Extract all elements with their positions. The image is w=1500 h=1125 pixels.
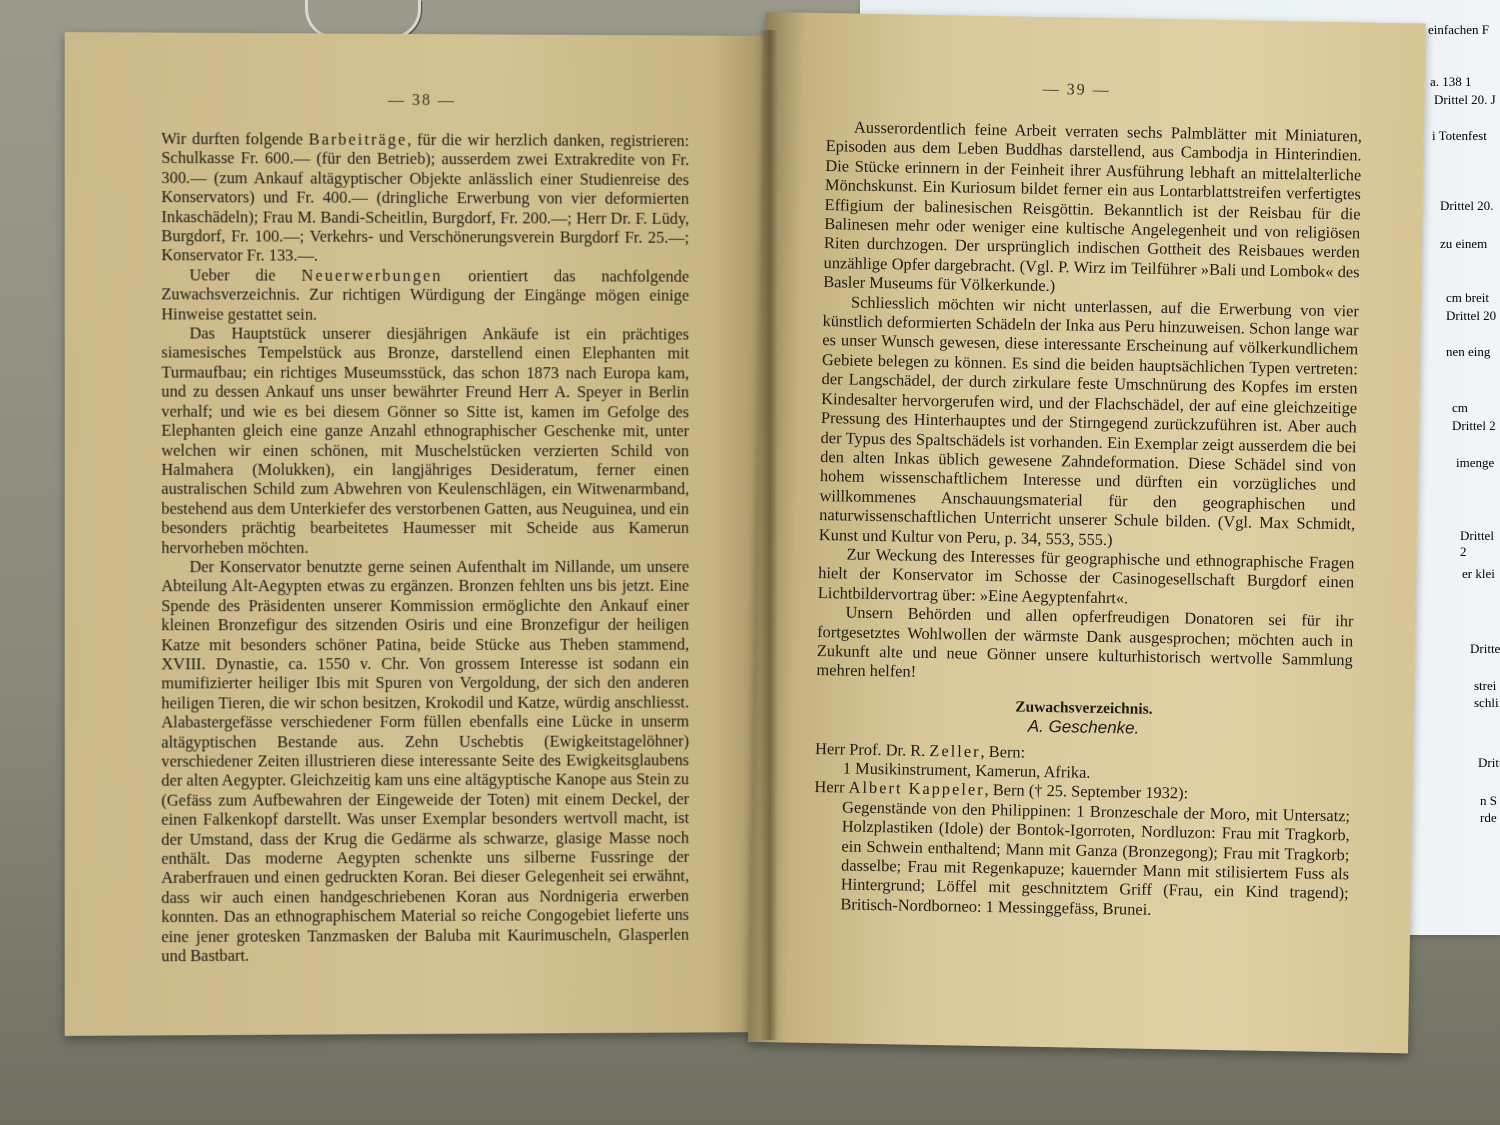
right-page-body: Ausserordentlich feine Arbeit verraten s… <box>812 117 1362 922</box>
background-sheet-line: cm breit <box>1446 290 1489 306</box>
background-sheet-line: imenge <box>1456 455 1494 471</box>
right-page: — 39 — Ausserordentlich feine Arbeit ver… <box>748 12 1426 1053</box>
paragraph: Schliesslich möchten wir nicht unterlass… <box>819 292 1359 554</box>
background-sheet-line: cm <box>1452 400 1468 416</box>
paragraph: Zur Weckung des Interesses für geographi… <box>818 544 1355 612</box>
background-sheet-line: zu einem <box>1440 236 1487 252</box>
paragraph: Der Konservator benutzte gerne seinen Au… <box>161 557 689 966</box>
background-sheet-line: Dritt <box>1478 755 1500 771</box>
accession-entry: Herr Albert Kappeler, Bern († 25. Septem… <box>812 777 1350 922</box>
background-sheet-line: Drittel 20 <box>1446 308 1496 324</box>
background-sheet-line: nen eing <box>1446 344 1490 360</box>
background-sheet-line: i Totenfest <box>1432 128 1487 144</box>
accession-entries: Herr Prof. Dr. R. Zeller, Bern:1 Musikin… <box>812 739 1351 923</box>
page-number-right: — 39 — <box>1043 81 1111 100</box>
background-sheet-line: rde <box>1480 810 1497 826</box>
background-sheet-line: Drittel 2 <box>1460 528 1500 560</box>
paragraph: Ueber die Neuerwerbungen orientiert das … <box>161 265 689 325</box>
paragraph: Wir durften folgende Barbeiträge, für di… <box>161 129 689 267</box>
background-sheet-line: Drittel 20. J <box>1434 92 1496 108</box>
background-sheet-line: n S <box>1480 793 1497 809</box>
background-sheet-line: schli <box>1474 695 1499 711</box>
left-page-body: Wir durften folgende Barbeiträge, für di… <box>161 129 689 966</box>
page-number-left: — 38 — <box>388 92 456 110</box>
paragraph: Unsern Behörden und allen opferfreudigen… <box>816 602 1353 689</box>
background-sheet-line: a. 138 1 <box>1430 74 1472 90</box>
background-sheet-line: einfachen F <box>1428 22 1489 38</box>
background-sheet-line: Drittel <box>1470 641 1500 657</box>
background-sheet-line: er klei <box>1462 566 1495 582</box>
donation-items: Gegenstände von den Philippinen: 1 Bronz… <box>812 797 1350 923</box>
right-page-paragraphs: Ausserordentlich feine Arbeit verraten s… <box>816 117 1362 689</box>
background-sheet-line: Drittel 20. <box>1440 198 1493 214</box>
paragraph: Das Hauptstück unserer diesjährigen Ankä… <box>161 323 689 557</box>
book-gutter <box>760 30 778 1040</box>
left-page: — 38 — Wir durften folgende Barbeiträge,… <box>65 32 767 1036</box>
background-sheet-line: Drittel 2 <box>1452 418 1496 434</box>
background-sheet-line: strei <box>1474 678 1496 694</box>
paragraph: Ausserordentlich feine Arbeit verraten s… <box>823 117 1362 301</box>
